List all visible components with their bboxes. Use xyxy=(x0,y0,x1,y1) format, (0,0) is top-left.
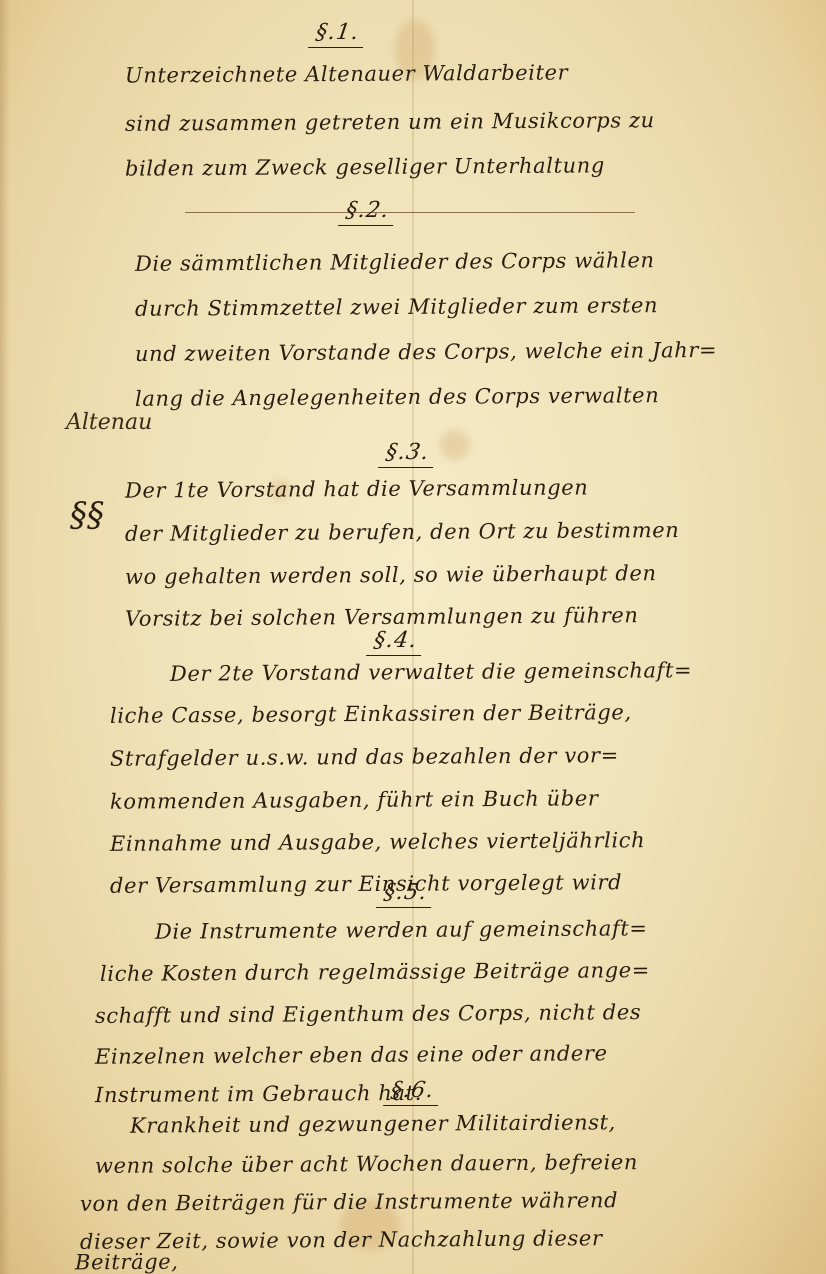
section-heading-3: §.3. xyxy=(378,440,437,468)
section-5-line: liche Kosten durch regelmässige Beiträge… xyxy=(100,958,650,986)
section-3-line: wo gehalten werden soll, so wie überhaup… xyxy=(125,561,657,589)
section-2-line: Die sämmtlichen Mitglieder des Corps wäh… xyxy=(135,248,655,276)
section-sign-mark: §§ xyxy=(70,495,104,535)
section-5-line: schafft und sind Eigenthum des Corps, ni… xyxy=(95,1000,641,1028)
section-heading-1: §.1. xyxy=(308,20,367,48)
section-4-line: Strafgelder u.s.w. und das bezahlen der … xyxy=(110,743,619,771)
section-2-line: lang die Angelegenheiten des Corps verwa… xyxy=(135,383,659,411)
section-4-line: Der 2te Vorstand verwaltet die gemeinsch… xyxy=(170,658,692,686)
section-heading-6: §.6. xyxy=(383,1078,442,1106)
section-2-line: durch Stimmzettel zwei Mitglieder zum er… xyxy=(135,293,658,321)
divider-rule xyxy=(185,212,635,213)
section-1-line: Unterzeichnete Altenauer Waldarbeiter xyxy=(125,60,568,87)
section-4-line: liche Casse, besorgt Einkassiren der Bei… xyxy=(110,700,632,728)
section-6-line: wenn solche über acht Wochen dauern, bef… xyxy=(95,1150,638,1178)
section-3-line: Vorsitz bei solchen Versammlungen zu füh… xyxy=(125,603,639,631)
margin-note-altenau: Altenau xyxy=(66,410,152,435)
section-6-line: Krankheit und gezwungener Militairdienst… xyxy=(130,1110,616,1137)
section-6-line: von den Beiträgen für die Instrumente wä… xyxy=(80,1188,618,1216)
section-2-line: und zweiten Vorstande des Corps, welche … xyxy=(135,338,717,366)
section-heading-5: §.5. xyxy=(376,880,435,908)
section-4-line: Einnahme und Ausgabe, welches vierteljäh… xyxy=(110,828,645,856)
section-4-line: der Versammlung zur Einsicht vorgelegt w… xyxy=(110,870,622,898)
section-1-line: sind zusammen getreten um ein Musikcorps… xyxy=(125,108,655,136)
section-6-line: Beiträge, xyxy=(75,1250,179,1274)
section-heading-2: §.2. xyxy=(338,198,397,226)
stain xyxy=(440,430,470,460)
section-3-line: Der 1te Vorstand hat die Versammlungen xyxy=(125,475,589,502)
section-5-line: Die Instrumente werden auf gemeinschaft= xyxy=(155,916,648,943)
section-3-line: der Mitglieder zu berufen, den Ort zu be… xyxy=(125,518,680,546)
paper-edge xyxy=(0,0,10,1274)
section-5-line: Einzelnen welcher eben das eine oder and… xyxy=(95,1041,608,1069)
section-1-line: bilden zum Zweck geselliger Unterhaltung xyxy=(125,153,605,180)
section-5-line: Instrument im Gebrauch hat. xyxy=(95,1081,422,1107)
section-4-line: kommenden Ausgaben, führt ein Buch über xyxy=(110,786,599,813)
document-page: §.1. Unterzeichnete Altenauer Waldarbeit… xyxy=(0,0,826,1274)
section-heading-4: §.4. xyxy=(366,628,425,656)
